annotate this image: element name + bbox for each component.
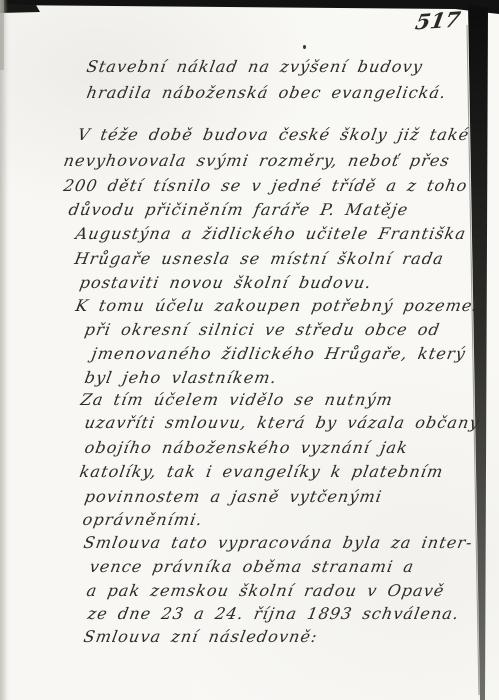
handwritten-line: ze dne 23 a 24. října 1893 schválena. bbox=[86, 604, 461, 624]
handwritten-line: Smlouva tato vypracována byla za inter- bbox=[82, 533, 474, 553]
handwritten-line: Za tím účelem vidělo se nutným bbox=[79, 390, 395, 410]
scan-edge-right bbox=[468, 4, 488, 700]
scanned-manuscript-page: 517 Stavební náklad na zvýšení budovy hr… bbox=[0, 0, 499, 700]
handwritten-line: uzavříti smlouvu, která by vázala občany bbox=[83, 413, 481, 433]
handwritten-line: V téže době budova české školy již také bbox=[76, 125, 471, 145]
handwritten-line: povinnostem a jasně vytčenými bbox=[83, 487, 384, 507]
ink-dot bbox=[303, 45, 306, 49]
scan-edge-left-dark bbox=[0, 0, 4, 70]
handwritten-line: oprávněními. bbox=[81, 510, 204, 530]
handwritten-line: K tomu účelu zakoupen potřebný pozemek bbox=[74, 296, 485, 316]
handwritten-line: a pak zemskou školní radou v Opavě bbox=[85, 581, 446, 601]
scan-edge-left bbox=[0, 0, 8, 700]
handwritten-line: katolíky, tak i evangelíky k platebním bbox=[78, 462, 445, 482]
handwritten-line: Stavební náklad na zvýšení budovy bbox=[85, 57, 425, 77]
handwritten-line: Augustýna a židlického učitele Františka bbox=[74, 224, 468, 244]
handwritten-line: vence právníka oběma stranami a bbox=[88, 557, 416, 577]
handwritten-line: jmenovaného židlického Hrůgaře, který bbox=[90, 344, 468, 364]
handwritten-line: obojího náboženského vyznání jak bbox=[83, 438, 410, 458]
handwritten-line: hradila náboženská obec evangelická. bbox=[85, 83, 448, 103]
handwritten-line: Smlouva zní následovně: bbox=[82, 627, 319, 647]
page-number: 517 bbox=[413, 7, 462, 35]
handwritten-line: při okresní silnici ve středu obce od bbox=[83, 320, 442, 340]
handwritten-line: důvodu přičiněním faráře P. Matěje bbox=[67, 200, 410, 220]
handwritten-line: 200 dětí tísnilo se v jedné třídě a z to… bbox=[62, 176, 469, 196]
handwritten-line: byl jeho vlastníkem. bbox=[83, 368, 279, 388]
handwritten-line: nevyhovovala svými rozměry, neboť přes bbox=[62, 151, 452, 171]
scan-edge-top-left bbox=[0, 4, 40, 13]
handwritten-line: postaviti novou školní budovu. bbox=[78, 273, 373, 293]
handwritten-line: Hrůgaře usnesla se místní školní rada bbox=[73, 249, 446, 269]
